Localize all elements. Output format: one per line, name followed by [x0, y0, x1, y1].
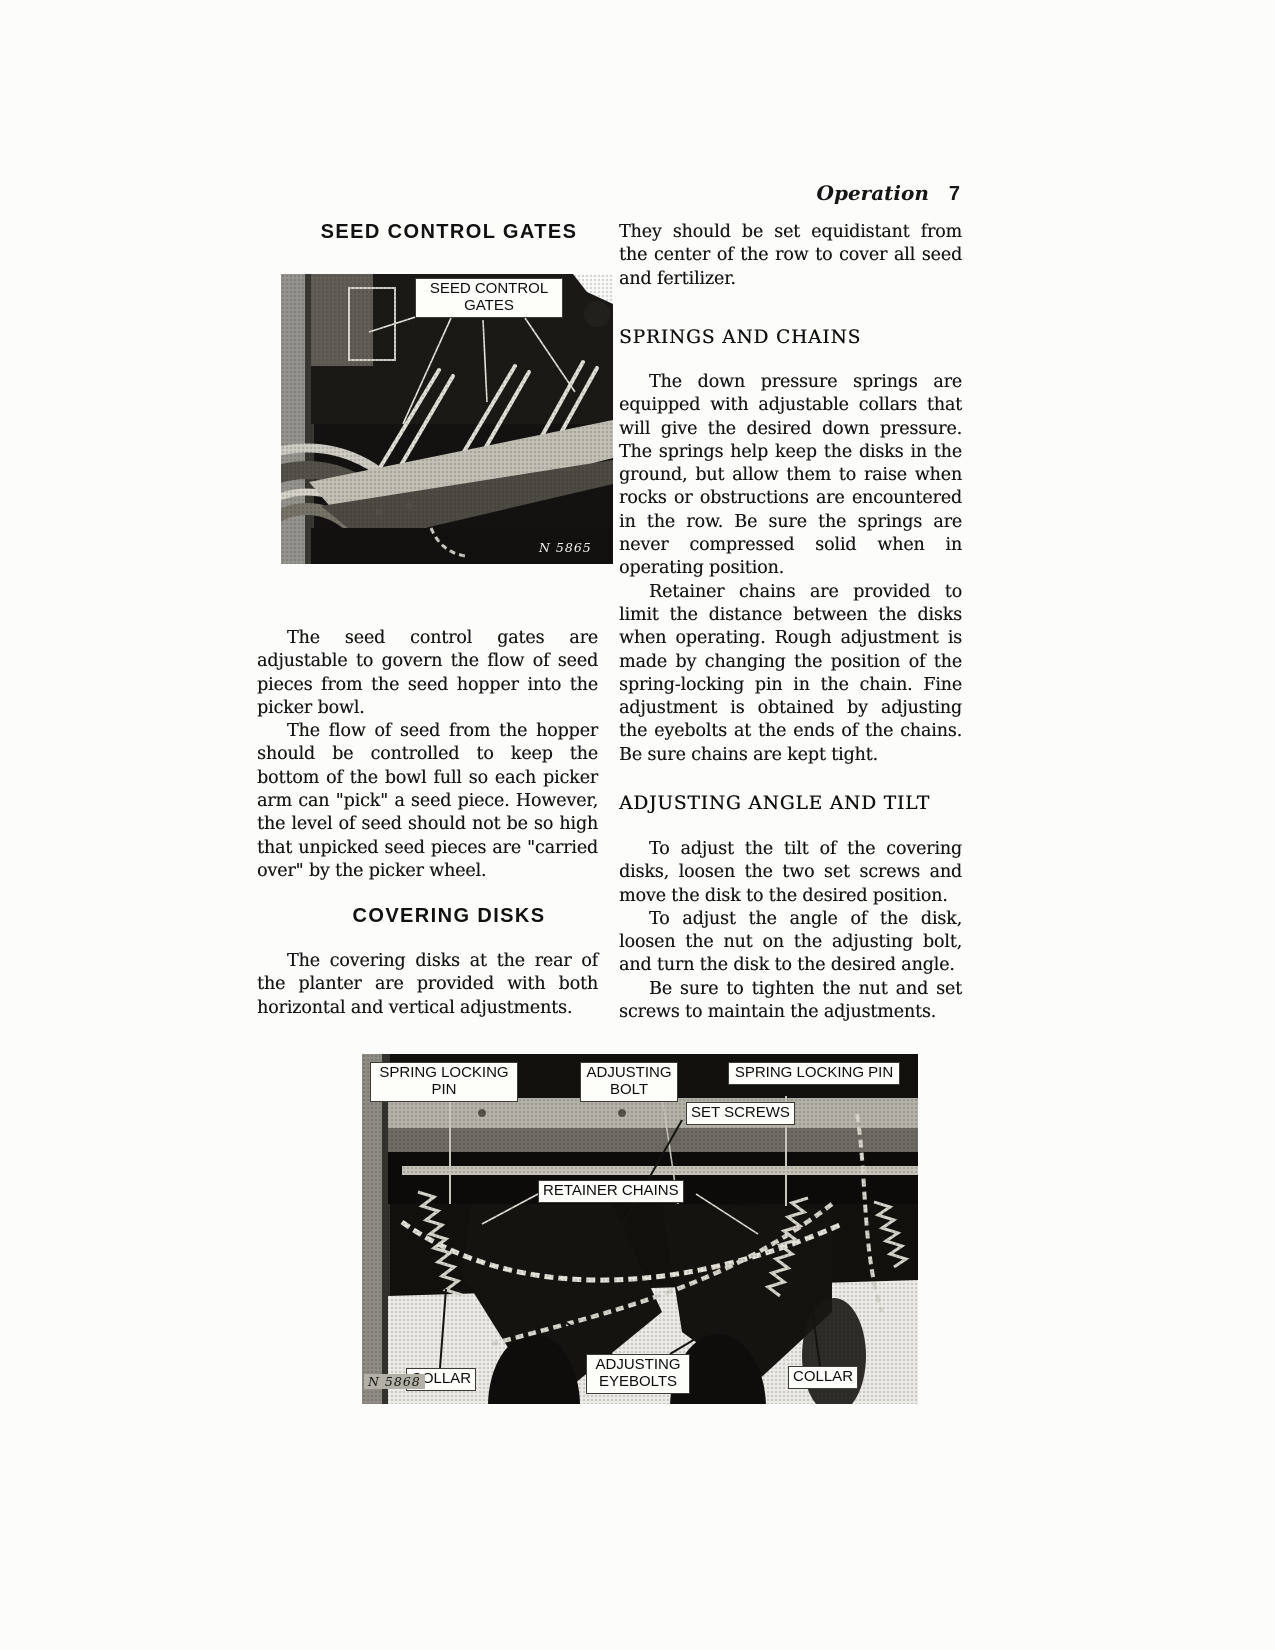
heading-covering-disks: COVERING DISKS — [280, 905, 618, 928]
photo-label-retainer-chains: RETAINER CHAINS — [538, 1180, 684, 1203]
photo-label-adjusting-bolt: ADJUSTING BOLT — [580, 1062, 678, 1102]
right-column-text-block-2: To adjust the tilt of the covering disks… — [619, 838, 962, 1024]
photo-label-spring-locking-pin-left: SPRING LOCKING PIN — [370, 1062, 518, 1102]
heading-springs-and-chains: SPRINGS AND CHAINS — [619, 327, 861, 348]
page-number: 7 — [949, 183, 960, 206]
paragraph-seed-gates-adjustable: The seed control gates are adjustable to… — [257, 627, 598, 720]
heading-adjusting-angle-tilt: ADJUSTING ANGLE AND TILT — [619, 793, 930, 814]
photo-label-set-screws: SET SCREWS — [686, 1102, 795, 1125]
paragraph-down-pressure-springs: The down pressure springs are equipped w… — [619, 371, 962, 581]
left-column-text-block-2: The covering disks at the rear of the pl… — [257, 950, 598, 1020]
photo-label-adjusting-eyebolts: ADJUSTING EYEBOLTS — [586, 1354, 690, 1394]
paragraph-retainer-chains: Retainer chains are provided to limit th… — [619, 581, 962, 767]
paragraph-equidistant: They should be set equidistant from the … — [619, 221, 962, 291]
heading-seed-control-gates: SEED CONTROL GATES — [280, 221, 618, 244]
left-column-text-block-1: The seed control gates are adjustable to… — [257, 627, 598, 883]
covering-disks-photo-art — [362, 1054, 918, 1404]
photo-label-seed-control-gates: SEED CONTROL GATES — [415, 278, 563, 318]
figure-covering-disks-photo: SPRING LOCKING PIN ADJUSTING BOLT SPRING… — [362, 1054, 918, 1404]
figure-seed-control-gates-photo: SEED CONTROL GATES N 5865 — [281, 274, 613, 564]
paragraph-covering-disks: The covering disks at the rear of the pl… — [257, 950, 598, 1020]
running-head: Operation 7 — [620, 181, 960, 206]
running-head-section: Operation — [817, 181, 929, 205]
paragraph-flow-of-seed: The flow of seed from the hopper should … — [257, 720, 598, 883]
photo-id-n5868: N 5868 — [364, 1374, 425, 1389]
paragraph-tighten-nut: Be sure to tighten the nut and set screw… — [619, 978, 962, 1025]
photo-label-collar-right: COLLAR — [788, 1366, 858, 1389]
paragraph-adjust-angle: To adjust the angle of the disk, loosen … — [619, 908, 962, 978]
photo-label-spring-locking-pin-right: SPRING LOCKING PIN — [728, 1062, 900, 1085]
manual-page: { "header": { "title": "Operation", "pag… — [0, 0, 1275, 1650]
photo-id-n5865: N 5865 — [539, 540, 592, 555]
paragraph-adjust-tilt: To adjust the tilt of the covering disks… — [619, 838, 962, 908]
right-column-intro: They should be set equidistant from the … — [619, 221, 962, 291]
right-column-text-block-1: The down pressure springs are equipped w… — [619, 371, 962, 767]
